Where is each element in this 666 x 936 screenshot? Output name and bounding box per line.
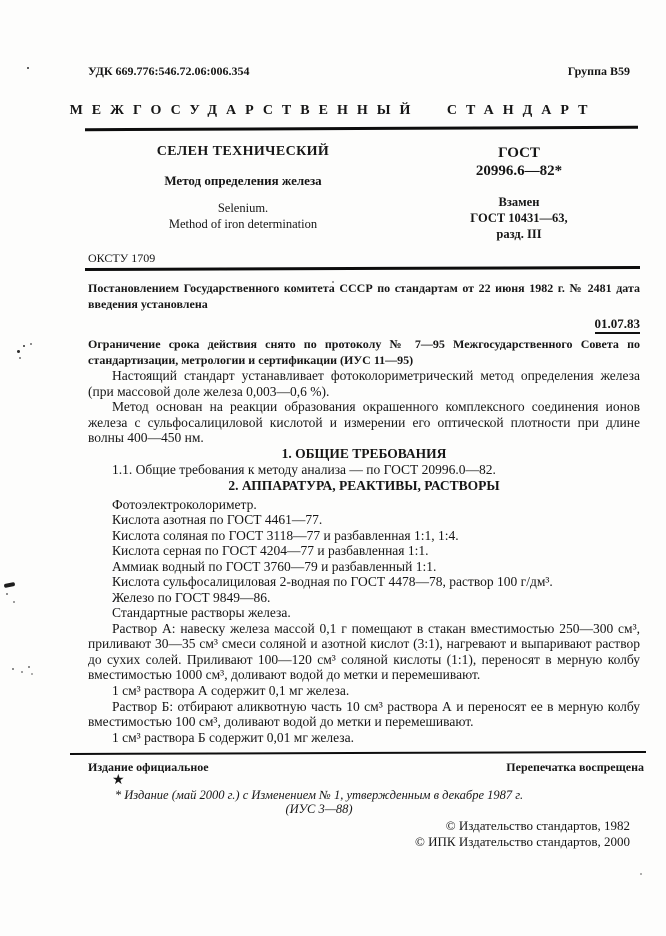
scan-speck [12, 668, 14, 670]
copyright-2000: © ИПК Издательство стандартов, 2000 [88, 834, 630, 850]
section-1-heading: 1. ОБЩИЕ ТРЕБОВАНИЯ [88, 446, 640, 462]
star-icon: ★ [112, 774, 666, 787]
solution-a-note: 1 см³ раствора А содержит 0,1 мг железа. [88, 683, 640, 699]
replaces-block: Взамен ГОСТ 10431—63, разд. III [416, 194, 622, 242]
scan-speck [31, 673, 33, 675]
replaces-doc: ГОСТ 10431—63, [416, 210, 622, 226]
gost-label: ГОСТ [416, 144, 622, 162]
official-edition-label: Издание официальное [88, 760, 209, 774]
scan-speck [27, 67, 29, 69]
scan-speck [640, 873, 642, 875]
list-item: Фотоэлектроколориметр. [88, 497, 640, 513]
document-subtitle-ru: Метод определения железа [70, 173, 416, 189]
reagent-list: Фотоэлектроколориметр. Кислота азотная п… [88, 497, 640, 621]
okstu-code: ОКСТУ 1709 [88, 251, 666, 265]
list-item: Железо по ГОСТ 9849—86. [88, 590, 640, 606]
preamble-paragraph-1: Постановлением Государственного комитета… [88, 280, 640, 312]
gost-number: 20996.6—82* [416, 162, 622, 180]
scan-speck [21, 671, 23, 673]
list-item: Стандартные растворы железа. [88, 605, 640, 621]
scan-smudge [4, 582, 16, 588]
effective-date: 01.07.83 [595, 316, 641, 334]
document-title-en: Selenium. Method of iron determination [70, 200, 416, 232]
copyright-block: © Издательство стандартов, 1982 © ИПК Из… [88, 818, 630, 849]
scan-speck [13, 601, 15, 603]
title-en-line1: Selenium. [70, 200, 416, 216]
title-block: СЕЛЕН ТЕХНИЧЕСКИЙ Метод определения желе… [0, 144, 666, 242]
footer-status-row: Издание официальное Перепечатка воспреще… [88, 760, 644, 774]
intro-paragraph-2: Метод основан на реакции образования окр… [88, 399, 640, 446]
document-page: УДК 669.776:546.72.06:006.354 Группа В59… [0, 0, 666, 936]
replaces-label: Взамен [416, 194, 622, 210]
footnote-line2: (ИУС 3—88) [88, 802, 550, 816]
okstu-rule [85, 266, 640, 271]
scan-speck [30, 343, 32, 345]
solution-b-paragraph: Раствор Б: отбирают аликвотную часть 10 … [88, 699, 640, 730]
classification-row: УДК 669.776:546.72.06:006.354 Группа В59 [0, 0, 666, 79]
title-left-column: СЕЛЕН ТЕХНИЧЕСКИЙ Метод определения желе… [70, 144, 416, 242]
solution-a-paragraph: Раствор А: навеску железа массой 0,1 г п… [88, 621, 640, 683]
effective-date-line: 01.07.83 [88, 316, 640, 332]
udk-code: УДК 669.776:546.72.06:006.354 [88, 64, 250, 79]
list-item: Кислота соляная по ГОСТ 3118—77 и разбав… [88, 528, 640, 544]
banner-rule [85, 126, 638, 131]
group-code: Группа В59 [568, 64, 630, 79]
scan-speck [6, 593, 8, 595]
list-item: Кислота серная по ГОСТ 4204—77 и разбавл… [88, 543, 640, 559]
preamble-paragraph-2: Ограничение срока действия снято по прот… [88, 336, 640, 368]
scan-speck [23, 345, 25, 347]
footnote-line1: * Издание (май 2000 г.) с Изменением № 1… [88, 788, 550, 802]
edition-footnote: * Издание (май 2000 г.) с Изменением № 1… [88, 788, 550, 816]
page-footer: Издание официальное Перепечатка воспреще… [0, 752, 666, 849]
document-title-ru: СЕЛЕН ТЕХНИЧЕСКИЙ [70, 144, 416, 160]
intro-paragraph-1: Настоящий стандарт устанавливает фотокол… [88, 368, 640, 399]
solution-b-note: 1 см³ раствора Б содержит 0,01 мг железа… [88, 730, 640, 746]
scan-speck [332, 281, 334, 283]
section-2-heading: 2. АППАРАТУРА, РЕАКТИВЫ, РАСТВОРЫ [88, 478, 640, 494]
section-1-paragraph: 1.1. Общие требования к методу анализа —… [88, 462, 640, 478]
reprint-forbidden-label: Перепечатка воспрещена [506, 760, 644, 774]
title-right-column: ГОСТ 20996.6—82* Взамен ГОСТ 10431—63, р… [416, 144, 622, 242]
scan-speck [17, 350, 20, 353]
list-item: Кислота сульфосалициловая 2-водная по ГО… [88, 574, 640, 590]
list-item: Аммиак водный по ГОСТ 3760—79 и разбавле… [88, 559, 640, 575]
list-item: Кислота азотная по ГОСТ 4461—77. [88, 512, 640, 528]
standard-banner: МЕЖГОСУДАРСТВЕННЫЙ СТАНДАРТ [0, 103, 666, 119]
replaces-section: разд. III [416, 226, 622, 242]
title-en-line2: Method of iron determination [70, 216, 416, 232]
scan-speck [19, 357, 21, 359]
footer-rule [70, 751, 646, 755]
scan-speck [28, 666, 30, 668]
copyright-1982: © Издательство стандартов, 1982 [88, 818, 630, 834]
